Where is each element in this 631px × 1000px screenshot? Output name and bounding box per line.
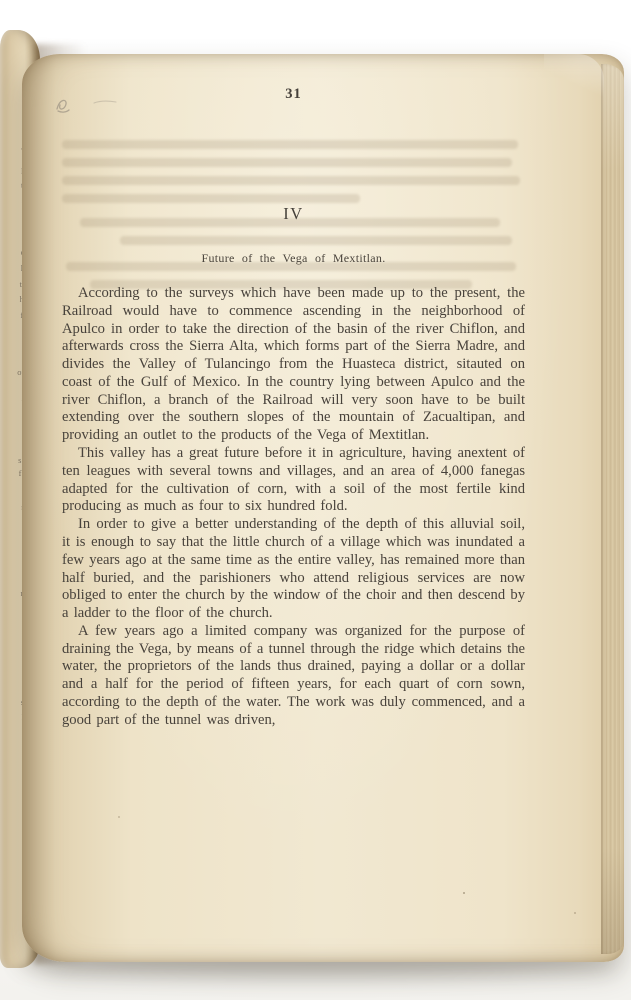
fore-edge <box>601 64 624 954</box>
paper-speck <box>118 816 120 818</box>
paper-speck <box>463 892 465 894</box>
paper-speck <box>574 912 576 914</box>
chapter-numeral: IV <box>62 204 525 224</box>
showthrough-line <box>62 140 518 149</box>
paragraph-1: According to the surveys which have been… <box>62 285 525 445</box>
photo-backdrop: theThep totions ofd ofk ofthenholef allo… <box>0 0 631 1000</box>
book-page: 31 IV Future of the Vega of Mextitlan. A… <box>22 54 624 962</box>
showthrough-line <box>62 194 360 203</box>
showthrough-line <box>120 236 512 245</box>
paragraph-3: In order to give a better understanding … <box>62 516 525 623</box>
page-corner-highlight <box>544 54 604 100</box>
paragraph-2: This valley has a great future before it… <box>62 445 525 516</box>
body-text: According to the surveys which have been… <box>62 285 525 730</box>
page-number: 31 <box>62 86 525 103</box>
showthrough-line <box>62 158 512 167</box>
section-heading: Future of the Vega of Mextitlan. <box>62 251 525 266</box>
paragraph-4: A few years ago a limited company was or… <box>62 623 525 730</box>
showthrough-line <box>62 176 520 185</box>
